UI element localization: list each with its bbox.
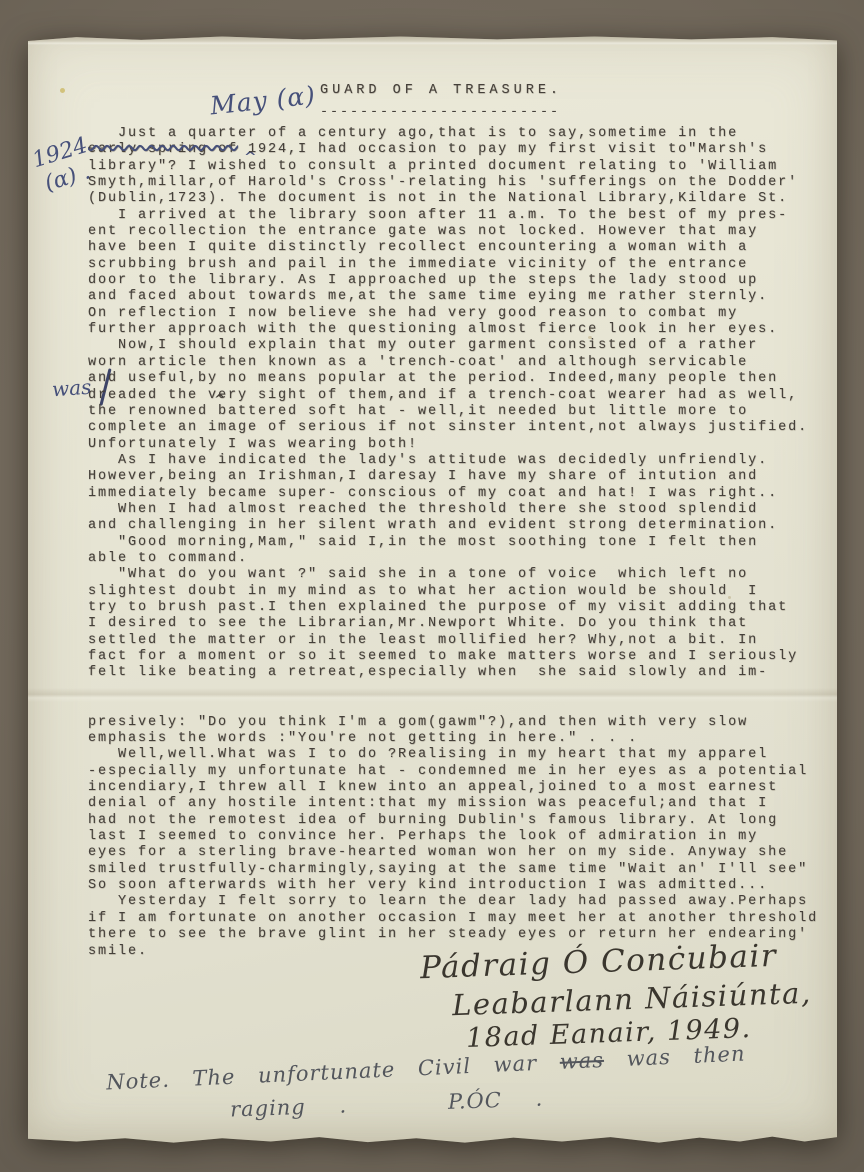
typed-line: Yesterday I felt sorry to learn the dear… <box>88 894 828 910</box>
text-segment: Yesterday I felt sorry to learn the dear… <box>88 894 808 909</box>
text-segment: 1924,I had occasion to pay my first visi… <box>238 142 768 157</box>
text-segment: I arrived at the library soon after 11 a… <box>88 208 788 223</box>
text-segment: So soon afterwards with her very kind in… <box>88 878 768 893</box>
typed-line: door to the library. As I approached up … <box>88 273 828 289</box>
text-segment: had not the remotest idea of burning Dub… <box>88 813 778 828</box>
typed-line: eyes for a sterling brave-hearted woman … <box>88 845 828 861</box>
fold-crease-top <box>28 36 837 45</box>
text-segment: and challenging in her silent wrath and … <box>88 518 778 533</box>
typed-line: Now,I should explain that my outer garme… <box>88 338 828 354</box>
text-segment: last I seemed to convince her. Perhaps t… <box>88 829 758 844</box>
text-segment: complete an image of serious if not sins… <box>88 420 808 435</box>
text-segment: there to see the brave glint in her stea… <box>88 927 808 942</box>
typed-line: settled the matter or in the least molli… <box>88 633 828 649</box>
typed-line: presively: "Do you think I'm a gom(gawm"… <box>88 715 828 731</box>
text-segment: if I am fortunate on another occasion I … <box>88 911 818 926</box>
text-segment: emphasis the words :"You're not getting … <box>88 731 638 746</box>
text-segment: dreaded the very sight of them,and if a … <box>88 388 798 403</box>
typed-line: last I seemed to convince her. Perhaps t… <box>88 829 828 845</box>
typed-line: I arrived at the library soon after 11 a… <box>88 208 828 224</box>
typed-line: worn article then known as a 'trench-coa… <box>88 355 828 371</box>
text-segment: and useful,by no means popular at the pe… <box>88 371 778 386</box>
typed-line: Smyth,millar,of Harold's Cross'-relating… <box>88 175 828 191</box>
text-segment: "Good morning,Mam," said I,in the most s… <box>88 535 758 550</box>
typed-line: fact for a moment or so it seemed to mak… <box>88 649 828 665</box>
text-segment: On reflection I now believe she had very… <box>88 306 738 321</box>
text-segment: able to command. <box>88 551 248 566</box>
typed-line: I desired to see the Librarian,Mr.Newpor… <box>88 616 828 632</box>
typed-line: try to brush past.I then explained the p… <box>88 600 828 616</box>
text-segment: eyes for a sterling brave-hearted woman … <box>88 845 788 860</box>
document-title: GUARD OF A TREASURE. <box>320 83 562 98</box>
typed-line: felt like beating a retreat,especially w… <box>88 665 828 681</box>
typed-line: and useful,by no means popular at the pe… <box>88 371 828 387</box>
text-segment: I desired to see the Librarian,Mr.Newpor… <box>88 616 748 631</box>
handwritten-margin-insert: was <box>51 375 92 402</box>
text-segment: incendiary,I threw all I knew into an ap… <box>88 780 778 795</box>
typed-line: if I am fortunate on another occasion I … <box>88 911 828 927</box>
typed-line: "Good morning,Mam," said I,in the most s… <box>88 535 828 551</box>
photo-mat: { "document": { "title": "GUARD OF A TRE… <box>0 0 864 1172</box>
text-segment: When I had almost reached the threshold … <box>88 502 758 517</box>
typed-line: As I have indicated the lady's attitude … <box>88 453 828 469</box>
text-segment: worn article then known as a 'trench-coa… <box>88 355 748 370</box>
text-segment: Well,well.What was I to do ?Realising in… <box>88 747 768 762</box>
typed-line: library"? I wished to consult a printed … <box>88 159 828 175</box>
text-segment: Smyth,millar,of Harold's Cross'-relating… <box>88 175 798 190</box>
text-segment: felt like beating a retreat,especially w… <box>88 665 768 680</box>
typed-line: -especially my unfortunate hat - condemn… <box>88 764 828 780</box>
typed-line: and challenging in her silent wrath and … <box>88 518 828 534</box>
paper-speck <box>60 88 65 93</box>
typed-line: smiled trustfully-charmingly,saying at t… <box>88 862 828 878</box>
typed-line: dreaded the very sight of them,and if a … <box>88 388 828 404</box>
typed-line: emphasis the words :"You're not getting … <box>88 731 828 747</box>
typed-line: (Dublin,1723). The document is not in th… <box>88 191 828 207</box>
text-segment: early spring of <box>88 142 238 157</box>
text-segment: Just a quarter of a century ago,that is … <box>88 126 738 141</box>
typed-line: On reflection I now believe she had very… <box>88 306 828 322</box>
typed-line: further approach with the questioning al… <box>88 322 828 338</box>
text-segment: scrubbing brush and pail in the immediat… <box>88 257 748 272</box>
paper-sheet: GUARD OF A TREASURE. -------------------… <box>28 36 837 1146</box>
typed-line: Unfortunately I was wearing both! <box>88 437 828 453</box>
typed-line: Well,well.What was I to do ?Realising in… <box>88 747 828 763</box>
typed-line: scrubbing brush and pail in the immediat… <box>88 257 828 273</box>
text-segment: was then <box>603 1042 745 1072</box>
text-segment: door to the library. As I approached up … <box>88 273 758 288</box>
text-segment: further approach with the questioning al… <box>88 322 778 337</box>
text-segment: denial of any hostile intent:that my mis… <box>88 796 768 811</box>
text-segment: -especially my unfortunate hat - condemn… <box>88 764 808 779</box>
typed-letter-body: Just a quarter of a century ago,that is … <box>88 126 828 960</box>
typed-line: slightest doubt in my mind as to what he… <box>88 584 828 600</box>
text-segment: "What do you want ?" said she in a tone … <box>88 567 748 582</box>
typed-line: the renowned battered soft hat - well,it… <box>88 404 828 420</box>
typed-line: there to see the brave glint in her stea… <box>88 927 828 943</box>
handwritten-month-annotation: May (α) <box>209 81 317 121</box>
typed-line: When I had almost reached the threshold … <box>88 502 828 518</box>
typed-line: had not the remotest idea of burning Dub… <box>88 813 828 829</box>
text-segment: Now,I should explain that my outer garme… <box>88 338 758 353</box>
text-segment: However,being an Irishman,I daresay I ha… <box>88 469 758 484</box>
typed-line: incendiary,I threw all I knew into an ap… <box>88 780 828 796</box>
text-segment: ent recollection the entrance gate was n… <box>88 224 758 239</box>
typed-line: denial of any hostile intent:that my mis… <box>88 796 828 812</box>
text-segment: raging . P.ÓC . <box>230 1087 544 1122</box>
text-segment: settled the matter or in the least molli… <box>88 633 758 648</box>
typed-line: However,being an Irishman,I daresay I ha… <box>88 469 828 485</box>
typed-line: So soon afterwards with her very kind in… <box>88 878 828 894</box>
typed-line: "What do you want ?" said she in a tone … <box>88 567 828 583</box>
text-segment: immediately became super- conscious of m… <box>88 486 778 501</box>
text-segment: library"? I wished to consult a printed … <box>88 159 778 174</box>
signature-institution: Leabarlann Náisiúnta, <box>452 976 813 1023</box>
text-segment: As I have indicated the lady's attitude … <box>88 453 768 468</box>
text-segment: have been I quite distinctly recollect e… <box>88 240 748 255</box>
text-segment: presively: "Do you think I'm a gom(gawm"… <box>88 715 748 730</box>
typed-line: smile. <box>88 944 828 960</box>
typed-line: have been I quite distinctly recollect e… <box>88 240 828 256</box>
text-segment: fact for a moment or so it seemed to mak… <box>88 649 798 664</box>
text-segment: and faced about towards me,at the same t… <box>88 289 768 304</box>
text-segment: was <box>559 1048 604 1074</box>
handwritten-footnote-line1: Note. The unfortunate Civil war was was … <box>106 1042 746 1095</box>
handwritten-footnote-line2: raging . P.ÓC . <box>230 1087 544 1122</box>
text-segment: (Dublin,1723). The document is not in th… <box>88 191 788 206</box>
typed-line: Just a quarter of a century ago,that is … <box>88 126 828 142</box>
typed-line: ent recollection the entrance gate was n… <box>88 224 828 240</box>
text-segment: slightest doubt in my mind as to what he… <box>88 584 758 599</box>
title-underline: ------------------------ <box>320 105 560 120</box>
text-segment: Unfortunately I was wearing both! <box>88 437 418 452</box>
text-segment: smile. <box>88 944 148 959</box>
typed-line: and faced about towards me,at the same t… <box>88 289 828 305</box>
text-segment: try to brush past.I then explained the p… <box>88 600 788 615</box>
letter-page: GUARD OF A TREASURE. -------------------… <box>28 36 837 1146</box>
text-segment: smiled trustfully-charmingly,saying at t… <box>88 862 808 877</box>
text-segment: the renowned battered soft hat - well,it… <box>88 404 748 419</box>
typed-line: complete an image of serious if not sins… <box>88 420 828 436</box>
typed-line: immediately became super- conscious of m… <box>88 486 828 502</box>
typed-line: early spring of 1924,I had occasion to p… <box>88 142 828 158</box>
typed-line: able to command. <box>88 551 828 567</box>
